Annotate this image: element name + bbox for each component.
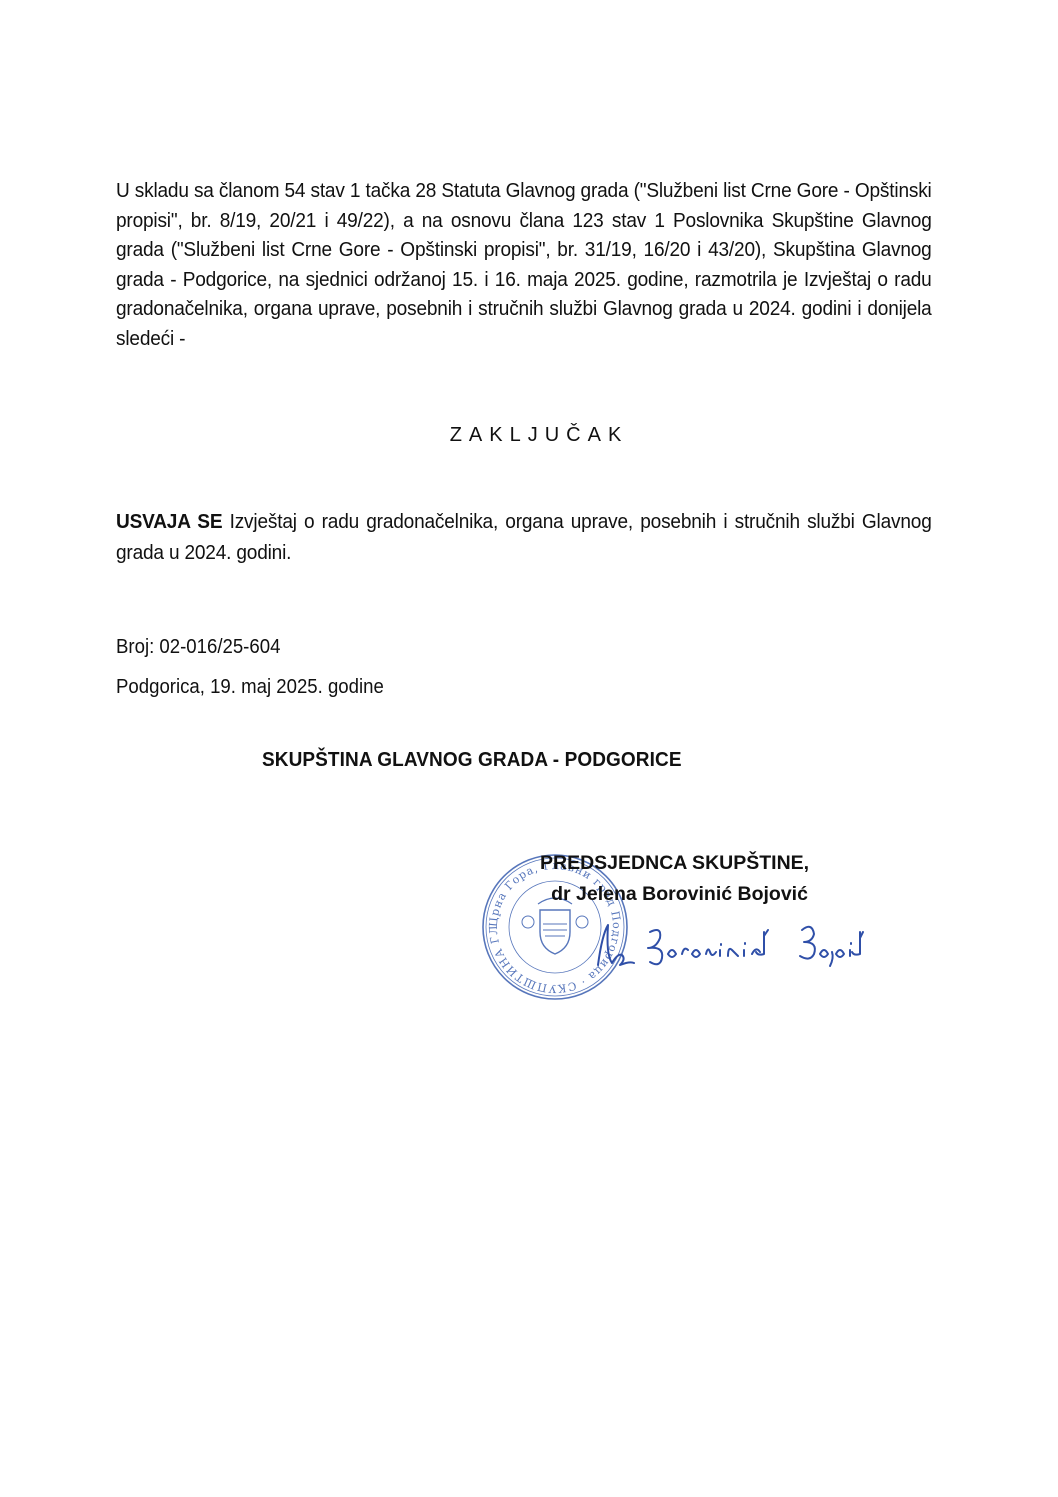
- document-title: ZAKLJUČAK: [0, 424, 1058, 447]
- signatory-role: PREDSJEDNCA SKUPŠTINE,: [540, 848, 809, 879]
- signatory-block: PREDSJEDNCA SKUPŠTINE, dr Jelena Borovin…: [540, 848, 809, 910]
- place-date: Podgorica, 19. maj 2025. godine: [116, 676, 384, 699]
- document-page: U skladu sa članom 54 stav 1 tačka 28 St…: [0, 0, 1058, 1497]
- handwritten-signature-icon: [570, 910, 890, 980]
- decision-paragraph: USVAJA SE Izvještaj o radu gradonačelnik…: [116, 506, 932, 568]
- signatory-name: dr Jelena Borovinić Bojović: [540, 879, 809, 910]
- institution-name: SKUPŠTINA GLAVNOG GRADA - PODGORICE: [262, 749, 682, 772]
- decision-text: Izvještaj o radu gradonačelnika, organa …: [116, 510, 932, 564]
- decision-lead: USVAJA SE: [116, 510, 222, 533]
- intro-paragraph: U skladu sa članom 54 stav 1 tačka 28 St…: [116, 176, 932, 353]
- document-number: Broj: 02-016/25-604: [116, 636, 280, 659]
